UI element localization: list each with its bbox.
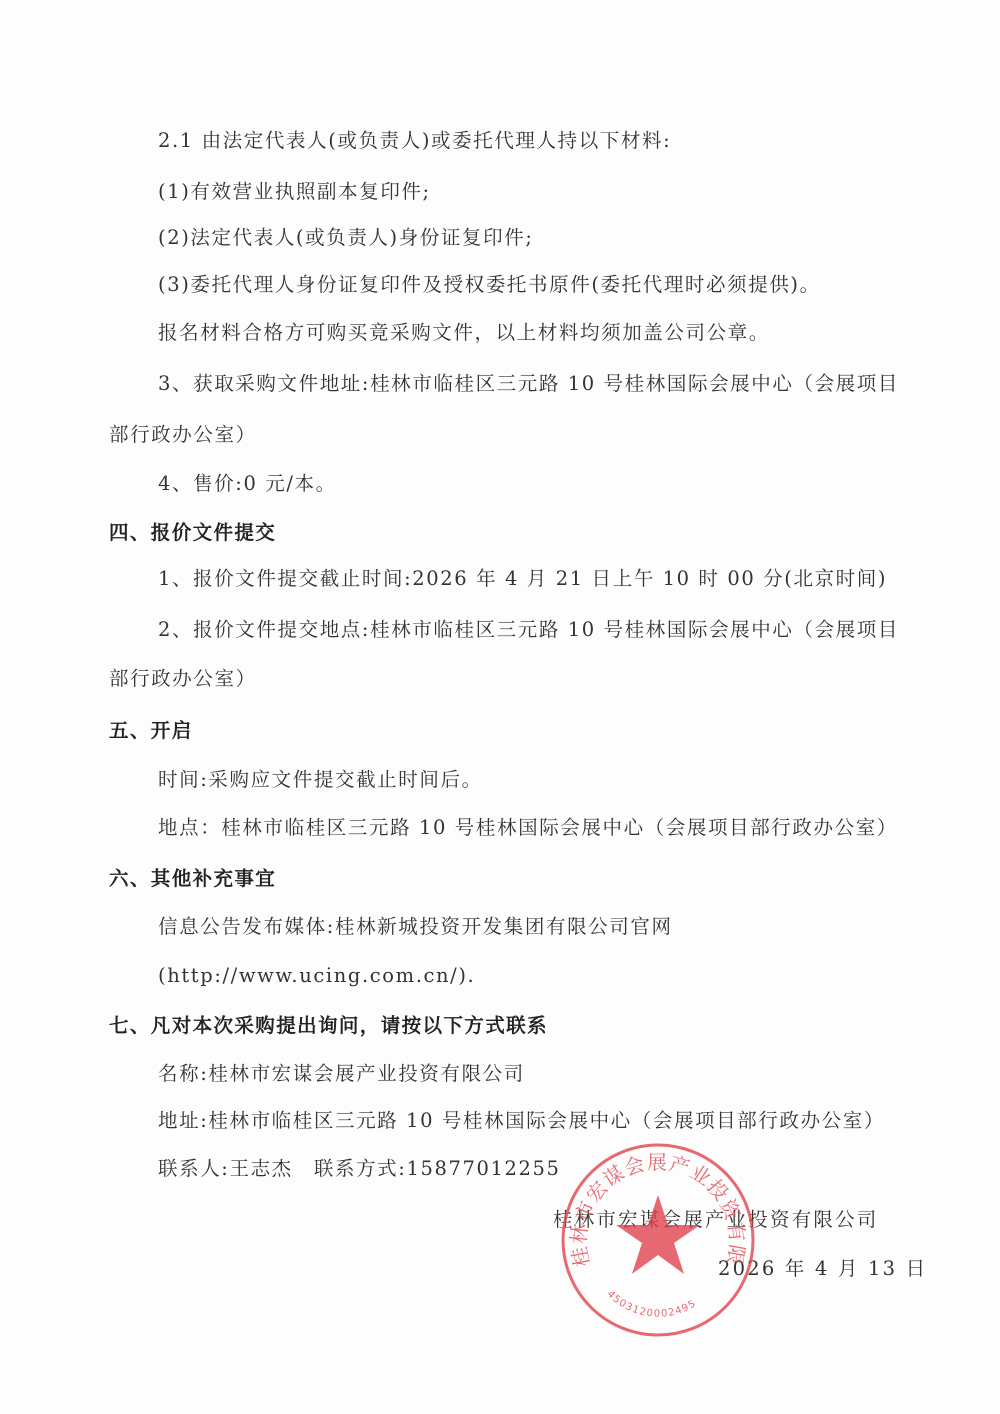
item-3-line2: 部行政办公室） <box>109 422 257 448</box>
svg-text:4503120002495: 4503120002495 <box>605 1289 699 1320</box>
section-6-media-line1: 信息公告发布媒体:桂林新城投资开发集团有限公司官网 <box>158 914 673 940</box>
official-seal: 桂林市宏谋会展产业投资有限公司 4503120002495 <box>558 1140 758 1340</box>
material-1: (1)有效营业执照副本复印件; <box>158 179 431 205</box>
material-2: (2)法定代表人(或负责人)身份证复印件; <box>158 225 534 251</box>
contact-address: 地址:桂林市临桂区三元路 10 号桂林国际会展中心（会展项目部行政办公室） <box>158 1108 885 1134</box>
item-4-price: 4、售价:0 元/本。 <box>158 471 337 497</box>
material-3: (3)委托代理人身份证复印件及授权委托书原件(委托代理时必须提供)。 <box>158 272 821 298</box>
item-3-line1: 3、获取采购文件地址:桂林市临桂区三元路 10 号桂林国际会展中心（会展项目 <box>158 371 899 397</box>
document-page: 2.1 由法定代表人(或负责人)或委托代理人持以下材料: (1)有效营业执照副本… <box>0 0 1000 1414</box>
signature-date: 2026 年 4 月 13 日 <box>718 1253 927 1281</box>
materials-note: 报名材料合格方可购买竟采购文件，以上材料均须加盖公司公章。 <box>158 320 770 346</box>
section-4-item-2-line2: 部行政办公室） <box>109 666 257 692</box>
section-5-heading: 五、开启 <box>109 718 193 744</box>
section-7-heading: 七、凡对本次采购提出询问，请按以下方式联系 <box>109 1013 548 1039</box>
seal-code: 4503120002495 <box>605 1289 699 1320</box>
signature-company: 桂林市宏谋会展产业投资有限公司 <box>553 1204 879 1232</box>
contact-person-phone: 联系人:王志杰 联系方式:15877012255 <box>158 1156 561 1182</box>
section-6-heading: 六、其他补充事宜 <box>109 866 276 892</box>
contact-company-name: 名称:桂林市宏谋会展产业投资有限公司 <box>158 1061 525 1087</box>
section-5-location: 地点：桂林市临桂区三元路 10 号桂林国际会展中心（会展项目部行政办公室） <box>158 815 898 841</box>
section-4-heading: 四、报价文件提交 <box>109 520 276 546</box>
item-2-1: 2.1 由法定代表人(或负责人)或委托代理人持以下材料: <box>158 128 671 154</box>
section-4-item-1: 1、报价文件提交截止时间:2026 年 4 月 21 日上午 10 时 00 分… <box>158 566 887 592</box>
section-4-item-2-line1: 2、报价文件提交地点:桂林市临桂区三元路 10 号桂林国际会展中心（会展项目 <box>158 617 899 643</box>
section-5-time: 时间:采购应文件提交截止时间后。 <box>158 767 483 793</box>
section-6-media-link[interactable]: (http://www.ucing.com.cn/). <box>158 963 475 989</box>
